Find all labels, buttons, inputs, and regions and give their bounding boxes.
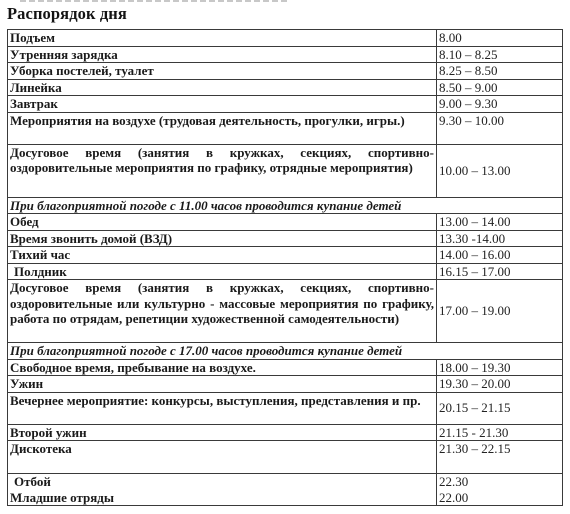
activity-cell: Отбой Младшие отряды — [8, 474, 437, 506]
time-cell: 19.30 – 20.00 — [437, 376, 563, 393]
time-cell: 18.00 – 19.30 — [437, 359, 563, 376]
activity-cell: Линейка — [8, 79, 437, 96]
time-sub: 22.00 — [439, 490, 560, 506]
note-row: При благоприятной погоде с 17.00 часов п… — [8, 343, 563, 360]
activity-cell: Тихий час — [8, 247, 437, 264]
table-row: Линейка 8.50 – 9.00 — [8, 79, 563, 96]
time-cell: 9.30 – 10.00 — [437, 112, 563, 144]
activity-cell: Утренняя зарядка — [8, 46, 437, 63]
time-cell: 22.30 22.00 — [437, 474, 563, 506]
table-row: Отбой Младшие отряды 22.30 22.00 — [8, 474, 563, 506]
activity-cell: Полдник — [8, 263, 437, 280]
activity-cell: Уборка постелей, туалет — [8, 63, 437, 80]
activity-cell: Второй ужин — [8, 424, 437, 441]
activity-main: Отбой — [10, 474, 434, 490]
time-cell: 21.30 – 22.15 — [437, 441, 563, 474]
table-row: Мероприятия на воздухе (трудовая деятель… — [8, 112, 563, 144]
table-row: Время звонить домой (ВЗД) 13.30 -14.00 — [8, 230, 563, 247]
table-row: Дискотека 21.30 – 22.15 — [8, 441, 563, 474]
activity-sub: Младшие отряды — [10, 490, 434, 506]
activity-cell: Дискотека — [8, 441, 437, 474]
activity-cell: Досуговое время (занятия в кружках, секц… — [8, 144, 437, 197]
table-row: Утренняя зарядка 8.10 – 8.25 — [8, 46, 563, 63]
time-cell: 8.50 – 9.00 — [437, 79, 563, 96]
table-row: Подъем 8.00 — [8, 30, 563, 47]
time-cell: 21.15 - 21.30 — [437, 424, 563, 441]
time-cell: 16.15 – 17.00 — [437, 263, 563, 280]
time-cell: 8.25 – 8.50 — [437, 63, 563, 80]
table-row: Второй ужин 21.15 - 21.30 — [8, 424, 563, 441]
cropped-text-line — [20, 0, 290, 2]
table-row: Тихий час 14.00 – 16.00 — [8, 247, 563, 264]
time-cell: 10.00 – 13.00 — [437, 144, 563, 197]
table-row: Досуговое время (занятия в кружках, секц… — [8, 144, 563, 197]
schedule-table: Подъем 8.00 Утренняя зарядка 8.10 – 8.25… — [7, 29, 563, 506]
note-row: При благоприятной погоде с 11.00 часов п… — [8, 197, 563, 214]
table-row: Свободное время, пребывание на воздухе. … — [8, 359, 563, 376]
time-cell: 17.00 – 19.00 — [437, 280, 563, 343]
time-main: 22.30 — [439, 474, 560, 490]
time-cell: 13.30 -14.00 — [437, 230, 563, 247]
time-cell: 8.10 – 8.25 — [437, 46, 563, 63]
time-cell: 9.00 – 9.30 — [437, 96, 563, 113]
table-row: Уборка постелей, туалет 8.25 – 8.50 — [8, 63, 563, 80]
table-row: Ужин 19.30 – 20.00 — [8, 376, 563, 393]
activity-cell: Мероприятия на воздухе (трудовая деятель… — [8, 112, 437, 144]
note-cell: При благоприятной погоде с 17.00 часов п… — [8, 343, 563, 360]
activity-cell: Обед — [8, 214, 437, 231]
note-cell: При благоприятной погоде с 11.00 часов п… — [8, 197, 563, 214]
activity-cell: Вечернее мероприятие: конкурсы, выступле… — [8, 392, 437, 424]
activity-cell: Подъем — [8, 30, 437, 47]
table-row: Вечернее мероприятие: конкурсы, выступле… — [8, 392, 563, 424]
time-cell: 14.00 – 16.00 — [437, 247, 563, 264]
activity-cell: Досуговое время (занятия в кружках, секц… — [8, 280, 437, 343]
table-row: Обед 13.00 – 14.00 — [8, 214, 563, 231]
table-row: Досуговое время (занятия в кружках, секц… — [8, 280, 563, 343]
table-row: Завтрак 9.00 – 9.30 — [8, 96, 563, 113]
activity-cell: Ужин — [8, 376, 437, 393]
activity-cell: Завтрак — [8, 96, 437, 113]
table-row: Полдник 16.15 – 17.00 — [8, 263, 563, 280]
time-cell: 20.15 – 21.15 — [437, 392, 563, 424]
activity-cell: Свободное время, пребывание на воздухе. — [8, 359, 437, 376]
time-cell: 13.00 – 14.00 — [437, 214, 563, 231]
time-cell: 8.00 — [437, 30, 563, 47]
activity-cell: Время звонить домой (ВЗД) — [8, 230, 437, 247]
page-title: Распорядок дня — [7, 4, 127, 24]
